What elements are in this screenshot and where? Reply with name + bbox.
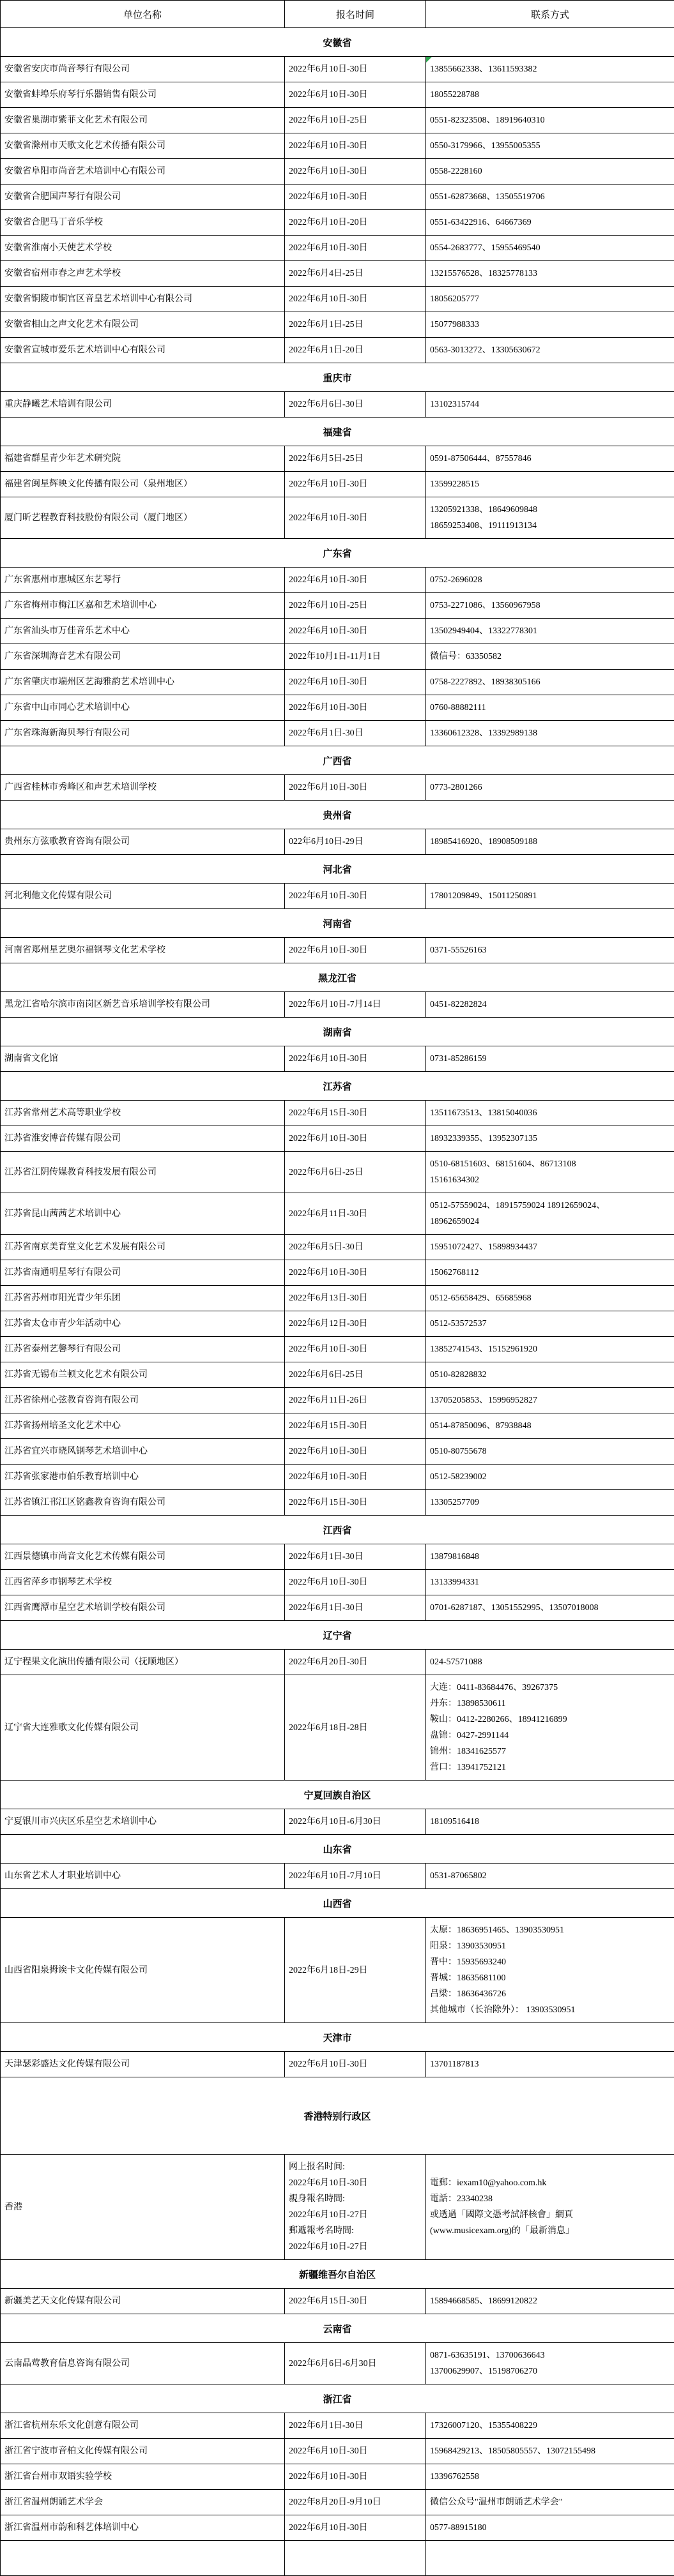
section-row: 新疆维吾尔自治区: [1, 2260, 674, 2289]
cell-line: 2022年6月10日-27日: [289, 2239, 422, 2255]
unit-name-cell: 安徽省蚌埠乐府琴行乐器销售有限公司: [1, 82, 285, 108]
cell-line: 15062768112: [430, 1265, 670, 1281]
cell-line: 2022年6月5日-30日: [289, 1239, 422, 1255]
contact-cell: 13511673513、13815040036: [426, 1101, 674, 1126]
registration-time-cell: 2022年6月10日-30日: [285, 2464, 426, 2490]
cell-line: 13701187813: [430, 2056, 670, 2072]
section-header: 天津市: [1, 2023, 674, 2052]
cell-line: 2022年6月1日-30日: [289, 2418, 422, 2434]
unit-name-cell: 江苏省昆山茜茜艺术培训中心: [1, 1193, 285, 1235]
section-header: 江苏省: [1, 1072, 674, 1101]
registration-time-cell: 2022年6月10日-30日: [285, 938, 426, 963]
cell-line: 江西景德镇市尚音文化艺术传媒有限公司: [4, 1549, 280, 1565]
unit-name-cell: 新疆美艺天文化传媒有限公司: [1, 2289, 285, 2314]
section-header: 安徽省: [1, 28, 674, 57]
section-row: 天津市: [1, 2023, 674, 2052]
contact-cell: 18932339355、13952307135: [426, 1126, 674, 1152]
contact-cell: 0510-80755678: [426, 1439, 674, 1465]
contact-cell: 18985416920、18908509188: [426, 829, 674, 855]
cell-line: 阳泉：13903530951: [430, 1938, 670, 1954]
cell-line: 2022年6月10日-20日: [289, 215, 422, 230]
contact-cell: 024-57571088: [426, 1650, 674, 1675]
contact-cell: 15968429213、18505805557、13072155498: [426, 2439, 674, 2464]
cell-line: 或透過「國際文憑考試評核會」網頁: [430, 2207, 670, 2223]
registration-time-cell: 2022年6月6日-30日: [285, 392, 426, 418]
cell-line: 13396762558: [430, 2469, 670, 2485]
cell-line: 安徽省安庆市尚音琴行有限公司: [4, 61, 280, 77]
registration-time-cell: 2022年6月10日-30日: [285, 185, 426, 210]
column-header-unit-name: 单位名称: [1, 1, 285, 28]
cell-line: 江苏省镇江邗江区铭鑫教育咨询有限公司: [4, 1495, 280, 1510]
cell-line: 13852741543、15152961920: [430, 1341, 670, 1357]
unit-name-cell: 安徽省相山之声文化艺术有限公司: [1, 312, 285, 338]
registration-time-cell: 2022年6月1日-30日: [285, 1595, 426, 1621]
contact-cell: 13502949404、13322778301: [426, 619, 674, 644]
registration-time-cell: 网上报名时间:2022年6月10日-30日親身報名時間:2022年6月10日-2…: [285, 2155, 426, 2260]
cell-line: 0758-2227892、18938305166: [430, 674, 670, 690]
cell-line: 2022年6月10日-30日: [289, 623, 422, 639]
cell-line: 2022年6月10日-30日: [289, 1051, 422, 1067]
header-row: 单位名称 报名时间 联系方式: [1, 1, 674, 28]
cell-line: 江苏省昆山茜茜艺术培训中心: [4, 1206, 280, 1222]
cell-line: 2022年6月10日-30日: [289, 291, 422, 307]
table-row: 河北利他文化传媒有限公司2022年6月10日-30日17801209849、15…: [1, 884, 674, 909]
contact-cell: 0753-2271086、13560967958: [426, 593, 674, 619]
cell-line: 2022年6月10日-7月10日: [289, 1868, 422, 1884]
cell-line: 0512-53572537: [430, 1316, 670, 1332]
cell-line: 17326007120、15355408229: [430, 2418, 670, 2434]
cell-line: 太原：18636951465、13903530951: [430, 1922, 670, 1938]
cell-line: 江苏省苏州市阳光青少年乐团: [4, 1290, 280, 1306]
cell-line: 親身報名時間:: [289, 2191, 422, 2207]
contact-cell: 13305257709: [426, 1490, 674, 1516]
section-row: 辽宁省: [1, 1621, 674, 1650]
unit-name-cell: 江苏省张家港市伯乐教育培训中心: [1, 1465, 285, 1490]
table-row: 辽宁省大连雅歌文化传媒有限公司2022年6月18日-28日大连：0411-836…: [1, 1675, 674, 1781]
section-row: 江西省: [1, 1516, 674, 1544]
table-row: 广东省惠州市惠城区东艺琴行2022年6月10日-30日0752-2696028: [1, 568, 674, 593]
cell-line: 13133994331: [430, 1574, 670, 1590]
cell-line: 13700629907、15198706270: [430, 2363, 670, 2379]
unit-name-cell: 安徽省铜陵市铜官区音皇艺术培训中心有限公司: [1, 287, 285, 312]
cell-line: 鞍山：0412-2280266、18941216899: [430, 1712, 670, 1728]
registration-time-cell: 2022年6月12日-30日: [285, 1311, 426, 1337]
cell-line: 2022年6月10日-30日: [289, 942, 422, 958]
cell-line: 0551-82323508、18919640310: [430, 112, 670, 128]
cell-line: 2022年6月15日-30日: [289, 2293, 422, 2309]
cell-line: 广东省中山市同心艺术培训中心: [4, 700, 280, 716]
cell-line: 電話：23340238: [430, 2191, 670, 2207]
registration-time-cell: 2022年6月5日-25日: [285, 446, 426, 472]
table-row: 江苏省无锡布兰顿文化艺术有限公司2022年6月6日-25日0510-828288…: [1, 1362, 674, 1388]
cell-line: 晋城：18635681100: [430, 1970, 670, 1986]
cell-line: 广西省桂林市秀峰区和声艺术培训学校: [4, 780, 280, 795]
cell-line: 郵遞報考名時間:: [289, 2223, 422, 2239]
contact-cell: 0701-6287187、13051552995、13507018008: [426, 1595, 674, 1621]
unit-name-cell: 江苏省苏州市阳光青少年乐团: [1, 1286, 285, 1311]
unit-name-cell: 安徽省淮南小天使艺术学校: [1, 236, 285, 261]
registration-time-cell: 2022年6月10日-30日: [285, 472, 426, 497]
registration-time-cell: 2022年6月11日-30日: [285, 1193, 426, 1235]
section-header: 重庆市: [1, 363, 674, 392]
section-row: 山西省: [1, 1889, 674, 1918]
cell-line: 浙江省宁波市音柏文化传媒有限公司: [4, 2443, 280, 2459]
cell-line: 2022年6月15日-30日: [289, 1495, 422, 1510]
cell-line: 江苏省常州艺术高等职业学校: [4, 1105, 280, 1121]
cell-line: (www.musicexam.org)的「最新消息」: [430, 2223, 670, 2239]
unit-name-cell: 江苏省南通明星琴行有限公司: [1, 1260, 285, 1286]
unit-name-cell: 江苏省太仓市青少年活动中心: [1, 1311, 285, 1337]
contact-cell: 0577-88915180: [426, 2515, 674, 2541]
unit-name-cell: [1, 2541, 285, 2576]
section-row: 安徽省: [1, 28, 674, 57]
table-row: 厦门昕艺程教育科技股份有限公司（厦门地区）2022年6月10日-30日13205…: [1, 497, 674, 539]
cell-line: 河南省郑州星艺奥尔福钢琴文化艺术学校: [4, 942, 280, 958]
registration-time-cell: 2022年6月10日-20日: [285, 210, 426, 236]
table-row: 安徽省蚌埠乐府琴行乐器销售有限公司2022年6月10日-30日180552287…: [1, 82, 674, 108]
cell-line: 安徽省蚌埠乐府琴行乐器销售有限公司: [4, 87, 280, 103]
cell-line: 天津瑟彩盛达文化传媒有限公司: [4, 2056, 280, 2072]
contact-cell: 0551-82323508、18919640310: [426, 108, 674, 133]
registration-time-cell: 2022年6月5日-30日: [285, 1235, 426, 1260]
contact-cell: 13396762558: [426, 2464, 674, 2490]
unit-name-cell: 福建省闽星辉映文化传播有限公司（泉州地区）: [1, 472, 285, 497]
contact-cell: 0551-62873668、13505519706: [426, 185, 674, 210]
section-row: 广西省: [1, 746, 674, 775]
cell-line: 重庆静曦艺术培训有限公司: [4, 396, 280, 412]
table-row: 贵州东方弦歌教育咨询有限公司022年6月10日-29日18985416920、1…: [1, 829, 674, 855]
table-row: 香港网上报名时间:2022年6月10日-30日親身報名時間:2022年6月10日…: [1, 2155, 674, 2260]
cell-line: 2022年10月1日-11月1日: [289, 649, 422, 665]
registration-time-cell: 2022年6月10日-6月30日: [285, 1809, 426, 1835]
cell-line: 广东省梅州市梅江区嘉和艺术培训中心: [4, 598, 280, 614]
cell-line: 18659253408、19111913134: [430, 518, 670, 534]
cell-line: 2022年6月10日-30日: [289, 780, 422, 795]
table-row: 江苏省太仓市青少年活动中心2022年6月12日-30日0512-53572537: [1, 1311, 674, 1337]
registration-time-cell: 2022年6月10日-30日: [285, 2052, 426, 2077]
cell-line: 2022年6月15日-30日: [289, 1418, 422, 1434]
cell-line: 2022年6月10日-7月14日: [289, 997, 422, 1013]
column-header-registration-time: 报名时间: [285, 1, 426, 28]
cell-line: 河北利他文化传媒有限公司: [4, 888, 280, 904]
section-header: 香港特别行政区: [1, 2077, 674, 2155]
unit-name-cell: 安徽省合肥国声琴行有限公司: [1, 185, 285, 210]
cell-line: 0551-62873668、13505519706: [430, 189, 670, 205]
table-row: 广东省梅州市梅江区嘉和艺术培训中心2022年6月10日-25日0753-2271…: [1, 593, 674, 619]
contact-cell: 13879816848: [426, 1544, 674, 1570]
cell-line: 2022年6月10日-30日: [289, 1131, 422, 1147]
cell-line: 13705205853、15996952827: [430, 1392, 670, 1408]
cell-line: 2022年6月10日-27日: [289, 2207, 422, 2223]
registration-time-cell: 2022年6月10日-30日: [285, 1465, 426, 1490]
cell-line: 锦州：18341625577: [430, 1744, 670, 1759]
column-header-contact: 联系方式: [426, 1, 674, 28]
unit-name-cell: 安徽省宿州市春之声艺术学校: [1, 261, 285, 287]
registration-time-cell: 2022年6月20日-30日: [285, 1650, 426, 1675]
unit-name-cell: 安徽省滁州市天歌文化艺术传播有限公司: [1, 133, 285, 159]
cell-line: 17801209849、15011250891: [430, 888, 670, 904]
cell-line: 营口：13941752121: [430, 1759, 670, 1775]
unit-name-cell: 福建省群星青少年艺术研究院: [1, 446, 285, 472]
contact-cell: 0371-55526163: [426, 938, 674, 963]
table-row: 江西景德镇市尚音文化艺术传媒有限公司2022年6月1日-30日138798168…: [1, 1544, 674, 1570]
cell-line: 大连：0411-83684476、39267375: [430, 1680, 670, 1696]
cell-line: 2022年6月10日-25日: [289, 598, 422, 614]
cell-line: 2022年6月10日-30日: [289, 2443, 422, 2459]
unit-name-cell: 广东省惠州市惠城区东艺琴行: [1, 568, 285, 593]
contact-cell: 13855662338、13611593382: [426, 57, 674, 82]
table-row: 安徽省淮南小天使艺术学校2022年6月10日-30日0554-2683777、1…: [1, 236, 674, 261]
cell-line: 2022年6月10日-30日: [289, 888, 422, 904]
registration-time-cell: 2022年6月18日-28日: [285, 1675, 426, 1781]
section-row: 河北省: [1, 855, 674, 884]
cell-line: 贵州东方弦歌教育咨询有限公司: [4, 834, 280, 850]
cell-line: 0591-87506444、87557846: [430, 451, 670, 467]
cell-line: 0451-82282824: [430, 997, 670, 1013]
cell-line: 江苏省江阴传媒教育科技发展有限公司: [4, 1164, 280, 1180]
contact-cell: 17801209849、15011250891: [426, 884, 674, 909]
contact-cell: 0531-87065802: [426, 1864, 674, 1889]
table-row: 江西省鹰潭市星空艺术培训学校有限公司2022年6月1日-30日0701-6287…: [1, 1595, 674, 1621]
cell-line: 13205921338、18649609848: [430, 502, 670, 518]
section-row: 香港特别行政区: [1, 2077, 674, 2155]
contact-cell: 15894668585、18699120822: [426, 2289, 674, 2314]
section-header: 河北省: [1, 855, 674, 884]
table-row: 江苏省张家港市伯乐教育培训中心2022年6月10日-30日0512-582390…: [1, 1465, 674, 1490]
cell-line: 0752-2696028: [430, 572, 670, 588]
cell-line: 山西省阳泉拇诶卡文化传媒有限公司: [4, 1962, 280, 1978]
cell-line: 13879816848: [430, 1549, 670, 1565]
cell-line: 其他城市（长治除外）： 13903530951: [430, 2002, 670, 2018]
cell-line: 丹东：13898530611: [430, 1696, 670, 1712]
unit-name-cell: 湖南省文化馆: [1, 1046, 285, 1072]
cell-line: 福建省群星青少年艺术研究院: [4, 451, 280, 467]
unit-name-cell: 辽宁省大连雅歌文化传媒有限公司: [1, 1675, 285, 1781]
cell-line: 江苏省张家港市伯乐教育培训中心: [4, 1469, 280, 1485]
contact-cell: 13599228515: [426, 472, 674, 497]
cell-line: 13215576528、18325778133: [430, 266, 670, 282]
cell-line: 2022年6月20日-30日: [289, 1654, 422, 1670]
unit-name-cell: 广东省珠海新海贝琴行有限公司: [1, 721, 285, 746]
cell-line: 電郵：iexam10@yahoo.com.hk: [430, 2175, 670, 2191]
section-row: 湖南省: [1, 1018, 674, 1046]
registration-time-cell: 2022年6月11日-26日: [285, 1388, 426, 1413]
cell-line: 0510-82828832: [430, 1367, 670, 1383]
registration-time-cell: 2022年6月10日-30日: [285, 57, 426, 82]
section-header: 浙江省: [1, 2384, 674, 2413]
cell-line: 2022年6月10日-30日: [289, 138, 422, 154]
cell-line: 2022年6月10日-30日: [289, 163, 422, 179]
cell-line: 2022年6月10日-30日: [289, 1443, 422, 1459]
section-row: 云南省: [1, 2314, 674, 2343]
cell-line: 安徽省铜陵市铜官区音皇艺术培训中心有限公司: [4, 291, 280, 307]
cell-line: 微信号：63350582: [430, 649, 670, 665]
unit-name-cell: 天津瑟彩盛达文化传媒有限公司: [1, 2052, 285, 2077]
registration-time-cell: [285, 2541, 426, 2576]
contact-cell: 13133994331: [426, 1570, 674, 1595]
registration-time-cell: 2022年6月10日-30日: [285, 1570, 426, 1595]
cell-line: 2022年6月18日-29日: [289, 1962, 422, 1978]
cell-line: 2022年6月18日-28日: [289, 1720, 422, 1736]
unit-name-cell: 浙江省杭州东乐文化创意有限公司: [1, 2413, 285, 2439]
unit-name-cell: 贵州东方弦歌教育咨询有限公司: [1, 829, 285, 855]
table-row: 天津瑟彩盛达文化传媒有限公司2022年6月10日-30日13701187813: [1, 2052, 674, 2077]
unit-name-cell: 江西省萍乡市钢琴艺术学校: [1, 1570, 285, 1595]
unit-name-cell: 江苏省无锡布兰顿文化艺术有限公司: [1, 1362, 285, 1388]
registration-time-cell: 2022年6月10日-30日: [285, 2439, 426, 2464]
unit-name-cell: 江苏省徐州心弦教育咨询有限公司: [1, 1388, 285, 1413]
unit-name-cell: 重庆静曦艺术培训有限公司: [1, 392, 285, 418]
cell-line: 浙江省杭州东乐文化创意有限公司: [4, 2418, 280, 2434]
cell-line: 辽宁程果文化演出传播有限公司（抚顺地区）: [4, 1654, 280, 1670]
cell-line: 2022年6月10日-30日: [289, 1265, 422, 1281]
table-row: 安徽省阜阳市尚音艺术培训中心有限公司2022年6月10日-30日0558-222…: [1, 159, 674, 185]
unit-name-cell: 浙江省宁波市音柏文化传媒有限公司: [1, 2439, 285, 2464]
cell-line: 2022年6月1日-20日: [289, 342, 422, 358]
registration-time-cell: 2022年6月1日-25日: [285, 312, 426, 338]
cell-line: 安徽省阜阳市尚音艺术培训中心有限公司: [4, 163, 280, 179]
cell-line: 2022年6月10日-30日: [289, 87, 422, 103]
contact-cell: 0760-88882111: [426, 695, 674, 721]
unit-name-cell: 河北利他文化传媒有限公司: [1, 884, 285, 909]
cell-line: 福建省闽星辉映文化传播有限公司（泉州地区）: [4, 476, 280, 492]
cell-line: 2022年6月1日-30日: [289, 1549, 422, 1565]
cell-line: 15894668585、18699120822: [430, 2293, 670, 2309]
contact-cell: 13360612328、13392989138: [426, 721, 674, 746]
cell-line: 2022年6月11日-30日: [289, 1206, 422, 1222]
registration-time-cell: 2022年6月10日-30日: [285, 159, 426, 185]
registration-time-cell: 022年6月10日-29日: [285, 829, 426, 855]
table-row: 浙江省宁波市音柏文化传媒有限公司2022年6月10日-30日1596842921…: [1, 2439, 674, 2464]
contact-cell: 0512-53572537: [426, 1311, 674, 1337]
unit-name-cell: 云南晶莺教育信息咨询有限公司: [1, 2343, 285, 2384]
table-row: 安徽省合肥国声琴行有限公司2022年6月10日-30日0551-62873668…: [1, 185, 674, 210]
table-row: 江苏省宜兴市晓风钢琴艺术培训中心2022年6月10日-30日0510-80755…: [1, 1439, 674, 1465]
table-row: 安徽省滁州市天歌文化艺术传播有限公司2022年6月10日-30日0550-317…: [1, 133, 674, 159]
cell-line: 0577-88915180: [430, 2520, 670, 2536]
table-row: 江苏省常州艺术高等职业学校2022年6月15日-30日13511673513、1…: [1, 1101, 674, 1126]
table-row: 江苏省泰州艺馨琴行有限公司2022年6月10日-30日13852741543、1…: [1, 1337, 674, 1362]
contact-cell: 0554-2683777、15955469540: [426, 236, 674, 261]
table-row: 福建省群星青少年艺术研究院2022年6月5日-25日0591-87506444、…: [1, 446, 674, 472]
contact-cell: 0512-65658429、65685968: [426, 1286, 674, 1311]
section-header: 山东省: [1, 1835, 674, 1864]
section-row: 河南省: [1, 909, 674, 938]
registration-time-cell: 2022年6月10日-30日: [285, 1439, 426, 1465]
cell-line: 宁夏银川市兴庆区乐星空艺术培训中心: [4, 1814, 280, 1830]
cell-line: 广东省惠州市惠城区东艺琴行: [4, 572, 280, 588]
cell-line: 0753-2271086、13560967958: [430, 598, 670, 614]
cell-line: 2022年6月12日-30日: [289, 1316, 422, 1332]
section-row: 浙江省: [1, 2384, 674, 2413]
table-row: 云南晶莺教育信息咨询有限公司2022年6月6日-6月30日0871-636351…: [1, 2343, 674, 2384]
contact-cell: 0591-87506444、87557846: [426, 446, 674, 472]
cell-line: 江西省鹰潭市星空艺术培训学校有限公司: [4, 1600, 280, 1616]
cell-line: 广东省深圳海音艺术有限公司: [4, 649, 280, 665]
registration-time-cell: 2022年6月10日-30日: [285, 568, 426, 593]
cell-line: 安徽省相山之声文化艺术有限公司: [4, 317, 280, 333]
cell-line: 2022年6月4日-25日: [289, 266, 422, 282]
unit-name-cell: 江苏省淮安博音传媒有限公司: [1, 1126, 285, 1152]
cell-line: 云南晶莺教育信息咨询有限公司: [4, 2356, 280, 2372]
contact-cell: 0550-3179966、13955005355: [426, 133, 674, 159]
cell-line: 江苏省泰州艺馨琴行有限公司: [4, 1341, 280, 1357]
contact-cell: 電郵：iexam10@yahoo.com.hk電話：23340238或透過「國際…: [426, 2155, 674, 2260]
contact-cell: 0758-2227892、18938305166: [426, 670, 674, 695]
registration-time-cell: 2022年6月1日-20日: [285, 338, 426, 363]
cell-line: 022年6月10日-29日: [289, 834, 422, 850]
registration-time-cell: 2022年6月1日-30日: [285, 2413, 426, 2439]
cell-line: 安徽省滁州市天歌文化艺术传播有限公司: [4, 138, 280, 154]
cell-line: 2022年6月13日-30日: [289, 1290, 422, 1306]
table-row: 安徽省相山之声文化艺术有限公司2022年6月1日-25日15077988333: [1, 312, 674, 338]
comment-marker-icon: [426, 57, 432, 63]
cell-line: 2022年6月10日-30日: [289, 61, 422, 77]
contact-cell: 0773-2801266: [426, 775, 674, 801]
unit-name-cell: 广东省肇庆市端州区艺海雅韵艺术培训中心: [1, 670, 285, 695]
table-row: 安徽省安庆市尚音琴行有限公司2022年6月10日-30日13855662338、…: [1, 57, 674, 82]
cell-line: 2022年6月10日-30日: [289, 510, 422, 526]
empty-row: [1, 2541, 674, 2576]
section-row: 福建省: [1, 418, 674, 446]
cell-line: 0371-55526163: [430, 942, 670, 958]
cell-line: 江苏省南通明星琴行有限公司: [4, 1265, 280, 1281]
registration-time-cell: 2022年6月13日-30日: [285, 1286, 426, 1311]
section-row: 广东省: [1, 539, 674, 568]
cell-line: 2022年6月10日-30日: [289, 1341, 422, 1357]
cell-line: 安徽省淮南小天使艺术学校: [4, 240, 280, 256]
unit-name-cell: 宁夏银川市兴庆区乐星空艺术培训中心: [1, 1809, 285, 1835]
registration-time-cell: 2022年6月10日-30日: [285, 670, 426, 695]
cell-line: 0512-58239002: [430, 1469, 670, 1485]
section-header: 辽宁省: [1, 1621, 674, 1650]
cell-line: 浙江省温州朗诵艺术学会: [4, 2494, 280, 2510]
cell-line: 2022年6月1日-30日: [289, 725, 422, 741]
cell-line: 18932339355、13952307135: [430, 1131, 670, 1147]
contact-cell: 15062768112: [426, 1260, 674, 1286]
registration-time-cell: 2022年6月10日-30日: [285, 1260, 426, 1286]
table-row: 江苏省镇江邗江区铭鑫教育咨询有限公司2022年6月15日-30日13305257…: [1, 1490, 674, 1516]
section-header: 贵州省: [1, 801, 674, 829]
table-row: 江苏省徐州心弦教育咨询有限公司2022年6月11日-26日13705205853…: [1, 1388, 674, 1413]
cell-line: 微信公众号"温州市朗诵艺术学会": [430, 2494, 670, 2510]
contact-cell: 13215576528、18325778133: [426, 261, 674, 287]
contact-cell: 15951072427、15898934437: [426, 1235, 674, 1260]
cell-line: 安徽省合肥国声琴行有限公司: [4, 189, 280, 205]
contact-cell: 13852741543、15152961920: [426, 1337, 674, 1362]
contact-cell: 0558-2228160: [426, 159, 674, 185]
cell-line: 安徽省宿州市春之声艺术学校: [4, 266, 280, 282]
table-row: 江苏省淮安博音传媒有限公司2022年6月10日-30日18932339355、1…: [1, 1126, 674, 1152]
contact-cell: 微信号：63350582: [426, 644, 674, 670]
contact-cell: 15077988333: [426, 312, 674, 338]
registration-time-cell: 2022年6月10日-30日: [285, 619, 426, 644]
table-row: 福建省闽星辉映文化传播有限公司（泉州地区）2022年6月10日-30日13599…: [1, 472, 674, 497]
cell-line: 2022年6月6日-30日: [289, 396, 422, 412]
cell-line: 安徽省宣城市爱乐艺术培训中心有限公司: [4, 342, 280, 358]
contact-cell: 大连：0411-83684476、39267375丹东：13898530611鞍…: [426, 1675, 674, 1781]
cell-line: 0512-65658429、65685968: [430, 1290, 670, 1306]
contact-cell: 0512-57559024、18915759024 18912659024、18…: [426, 1193, 674, 1235]
table-row: 江苏省扬州培圣文化艺术中心2022年6月15日-30日0514-87850096…: [1, 1413, 674, 1439]
section-row: 山东省: [1, 1835, 674, 1864]
cell-line: 江苏省太仓市青少年活动中心: [4, 1316, 280, 1332]
cell-line: 13599228515: [430, 476, 670, 492]
contact-cell: 0510-82828832: [426, 1362, 674, 1388]
cell-line: 2022年6月10日-30日: [289, 2056, 422, 2072]
unit-name-cell: 江西省鹰潭市星空艺术培训学校有限公司: [1, 1595, 285, 1621]
registration-time-cell: 2022年6月10日-25日: [285, 108, 426, 133]
